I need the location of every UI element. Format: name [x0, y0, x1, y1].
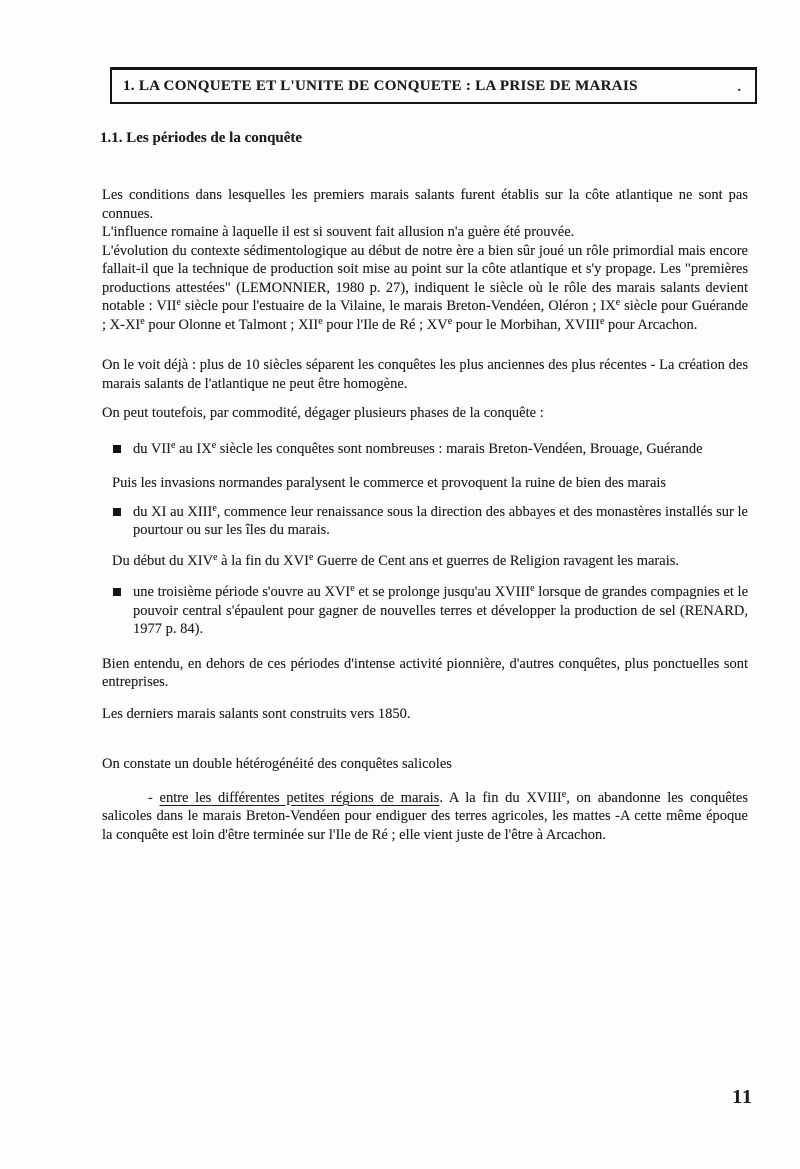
paragraph: Bien entendu, en dehors de ces périodes … — [102, 655, 748, 692]
text-run: On peut toutefois, par commodité, dégage… — [102, 405, 544, 421]
text-run: , commence leur renaissance sous la dire… — [133, 504, 748, 539]
text-run: pour Arcachon. — [604, 317, 697, 333]
page-number: 11 — [732, 1086, 753, 1109]
text-run: Guerre de Cent ans et guerres de Religio… — [313, 553, 679, 569]
text-run: une troisième période s'ouvre au XVI — [133, 584, 350, 600]
paragraph: Les derniers marais salants sont constru… — [102, 705, 748, 724]
text-run: à la fin du XVI — [218, 553, 309, 569]
bullet-square-icon — [113, 588, 121, 596]
bullet-square-icon — [113, 445, 121, 453]
chapter-title-box: 1. LA CONQUETE ET L'UNITE DE CONQUETE : … — [110, 67, 757, 104]
text-run: pour l'Ile de Ré ; XV — [323, 317, 448, 333]
chapter-title: 1. LA CONQUETE ET L'UNITE DE CONQUETE : … — [112, 78, 638, 95]
text-run: Les conditions dans lesquelles les premi… — [102, 187, 748, 222]
paragraph: L'influence romaine à laquelle il est si… — [102, 223, 748, 242]
indented-paragraph: Puis les invasions normandes paralysent … — [102, 474, 748, 493]
text-run: Du début du XIV — [112, 553, 213, 569]
stray-period-mark: . — [738, 80, 742, 96]
indented-paragraph: Du début du XIVe à la fin du XVIe Guerre… — [102, 552, 748, 571]
paragraph: Les conditions dans lesquelles les premi… — [102, 186, 748, 223]
text-run: Bien entendu, en dehors de ces périodes … — [102, 656, 748, 691]
paragraph: L'évolution du contexte sédimentologique… — [102, 242, 748, 335]
text-run: et se prolonge jusqu'au XVIII — [355, 584, 530, 600]
bullet-item: du VIIe au IXe siècle les conquêtes sont… — [102, 440, 748, 459]
text-run: du VII — [133, 441, 171, 457]
text-run: siècle les conquêtes sont nombreuses : m… — [216, 441, 702, 457]
document-page: 1. LA CONQUETE ET L'UNITE DE CONQUETE : … — [0, 0, 800, 1169]
text-run: - — [148, 790, 160, 806]
dash-paragraph: - entre les différentes petites régions … — [102, 789, 748, 845]
text-run: Les derniers marais salants sont constru… — [102, 706, 410, 722]
section-heading: 1.1. Les périodes de la conquête — [100, 130, 302, 147]
bullet-square-icon — [113, 508, 121, 516]
text-run: Puis les invasions normandes paralysent … — [112, 475, 666, 491]
bullet-item: une troisième période s'ouvre au XVIe et… — [102, 583, 748, 639]
text-run: On le voit déjà : plus de 10 siècles sép… — [102, 357, 748, 392]
text-run: L'influence romaine à laquelle il est si… — [102, 224, 574, 240]
text-run: du XI au XIII — [133, 504, 212, 520]
paragraph: On constate un double hétérogénéité des … — [102, 755, 748, 774]
text-run: . A la fin du XVIII — [439, 790, 561, 806]
text-run: pour Olonne et Talmont ; XII — [145, 317, 319, 333]
text-run: siècle pour l'estuaire de la Vilaine, le… — [181, 298, 616, 314]
paragraph: On le voit déjà : plus de 10 siècles sép… — [102, 356, 748, 393]
underlined-text: entre les différentes petites régions de… — [160, 790, 440, 806]
document-body: Les conditions dans lesquelles les premi… — [102, 186, 748, 844]
paragraph: On peut toutefois, par commodité, dégage… — [102, 404, 748, 423]
text-run: pour le Morbihan, XVIII — [452, 317, 600, 333]
bullet-item: du XI au XIIIe, commence leur renaissanc… — [102, 503, 748, 540]
text-run: au IX — [175, 441, 211, 457]
text-run: On constate un double hétérogénéité des … — [102, 756, 452, 772]
